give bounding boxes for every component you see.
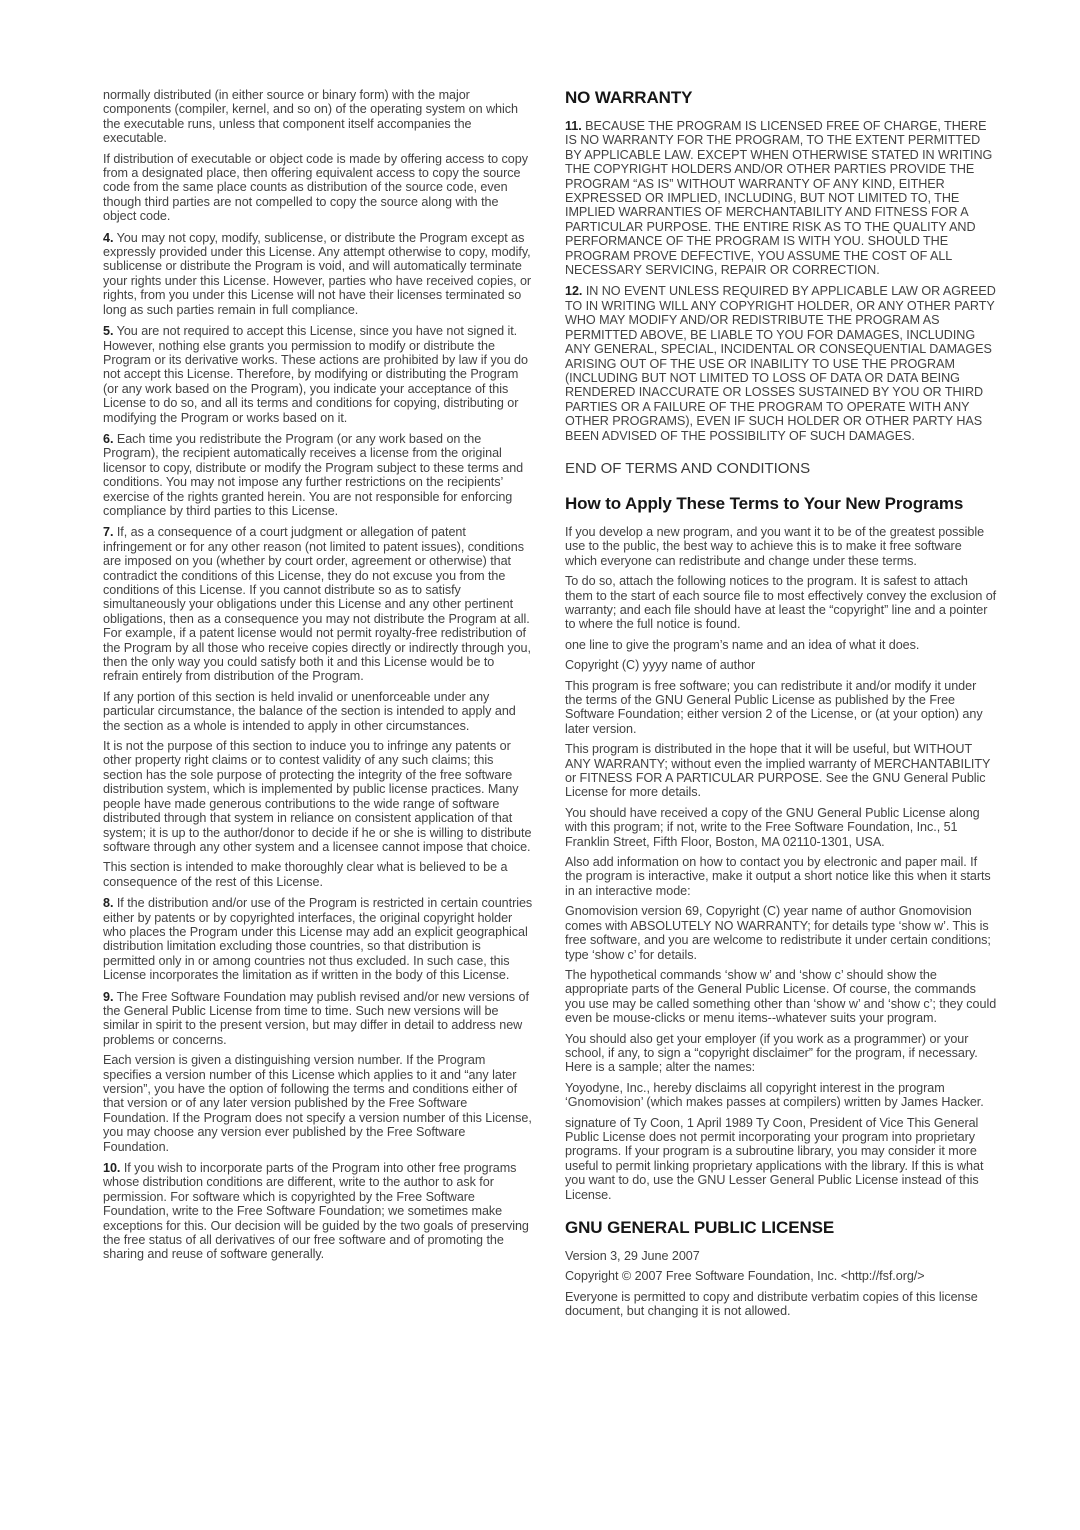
- paragraph-version-3-29-june-2007: Version 3, 29 June 2007: [565, 1249, 997, 1263]
- subheading-end-of-terms-and-conditions: END OF TERMS AND CONDITIONS: [565, 460, 997, 478]
- paragraph-to-do-so-attach-the: To do so, attach the following notices t…: [565, 574, 997, 632]
- paragraph-everyone-is-permitted-to-copy: Everyone is permitted to copy and distri…: [565, 1290, 997, 1319]
- clause-11: 11. BECAUSE THE PROGRAM IS LICENSED FREE…: [565, 119, 997, 277]
- clause-number: 8.: [103, 896, 113, 910]
- clause-4: 4. You may not copy, modify, sublicense,…: [103, 231, 533, 317]
- paragraph-normally-distributed-in-either-source: normally distributed (in either source o…: [103, 88, 533, 146]
- paragraph-if-you-develop-a-new: If you develop a new program, and you wa…: [565, 525, 997, 568]
- clause-12: 12. IN NO EVENT UNLESS REQUIRED BY APPLI…: [565, 284, 997, 442]
- clause-8: 8. If the distribution and/or use of the…: [103, 896, 533, 982]
- clause-text: The Free Software Foundation may publish…: [103, 990, 529, 1047]
- clause-6: 6. Each time you redistribute the Progra…: [103, 432, 533, 518]
- clause-number: 9.: [103, 990, 113, 1004]
- paragraph-each-version-is-given-a: Each version is given a distinguishing v…: [103, 1053, 533, 1154]
- paragraph-if-any-portion-of-this: If any portion of this section is held i…: [103, 690, 533, 733]
- clause-5: 5. You are not required to accept this L…: [103, 324, 533, 425]
- clause-text: If the distribution and/or use of the Pr…: [103, 896, 532, 982]
- paragraph-you-should-also-get-your: You should also get your employer (if yo…: [565, 1032, 997, 1075]
- clause-number: 7.: [103, 525, 113, 539]
- clause-text: Each time you redistribute the Program (…: [103, 432, 523, 518]
- paragraph-signature-of-ty-coon-1: signature of Ty Coon, 1 April 1989 Ty Co…: [565, 1116, 997, 1202]
- paragraph-the-hypothetical-commands-show-w: The hypothetical commands ‘show w’ and ‘…: [565, 968, 997, 1026]
- clause-number: 11.: [565, 119, 582, 133]
- clause-text: IN NO EVENT UNLESS REQUIRED BY APPLICABL…: [565, 284, 996, 442]
- clause-9: 9. The Free Software Foundation may publ…: [103, 990, 533, 1048]
- heading-how-to-apply-these-terms: How to Apply These Terms to Your New Pro…: [565, 494, 997, 514]
- clause-text: BECAUSE THE PROGRAM IS LICENSED FREE OF …: [565, 119, 992, 277]
- paragraph-yoyodyne-inc-hereby-disclaims-all: Yoyodyne, Inc., hereby disclaims all cop…: [565, 1081, 997, 1110]
- clause-number: 12.: [565, 284, 582, 298]
- paragraph-this-program-is-free-software: This program is free software; you can r…: [565, 679, 997, 737]
- clause-7: 7. If, as a consequence of a court judgm…: [103, 525, 533, 683]
- clause-number: 6.: [103, 432, 113, 446]
- clause-text: If you wish to incorporate parts of the …: [103, 1161, 529, 1261]
- paragraph-also-add-information-on-how: Also add information on how to contact y…: [565, 855, 997, 898]
- paragraph-gnomovision-version-69-copyright-c: Gnomovision version 69, Copyright (C) ye…: [565, 904, 997, 962]
- left-column: normally distributed (in either source o…: [103, 88, 533, 1268]
- right-column: NO WARRANTY11. BECAUSE THE PROGRAM IS LI…: [565, 88, 997, 1325]
- heading-no-warranty: NO WARRANTY: [565, 88, 997, 108]
- clause-number: 10.: [103, 1161, 120, 1175]
- clause-number: 4.: [103, 231, 113, 245]
- paragraph-it-is-not-the-purpose: It is not the purpose of this section to…: [103, 739, 533, 854]
- heading-gnu-general-public-license: GNU GENERAL PUBLIC LICENSE: [565, 1218, 997, 1238]
- clause-text: If, as a consequence of a court judgment…: [103, 525, 531, 683]
- paragraph-this-section-is-intended-to: This section is intended to make thoroug…: [103, 860, 533, 889]
- paragraph-copyright-2007-free-software-foundation: Copyright © 2007 Free Software Foundatio…: [565, 1269, 997, 1283]
- clause-text: You may not copy, modify, sublicense, or…: [103, 231, 531, 317]
- paragraph-you-should-have-received-a: You should have received a copy of the G…: [565, 806, 997, 849]
- license-document-page: normally distributed (in either source o…: [0, 0, 1080, 1530]
- paragraph-this-program-is-distributed-in: This program is distributed in the hope …: [565, 742, 997, 800]
- clause-number: 5.: [103, 324, 113, 338]
- clause-10: 10. If you wish to incorporate parts of …: [103, 1161, 533, 1262]
- paragraph-one-line-to-give-the: one line to give the program’s name and …: [565, 638, 997, 652]
- paragraph-if-distribution-of-executable-or: If distribution of executable or object …: [103, 152, 533, 224]
- clause-text: You are not required to accept this Lice…: [103, 324, 528, 424]
- paragraph-copyright-c-yyyy-name-of: Copyright (C) yyyy name of author: [565, 658, 997, 672]
